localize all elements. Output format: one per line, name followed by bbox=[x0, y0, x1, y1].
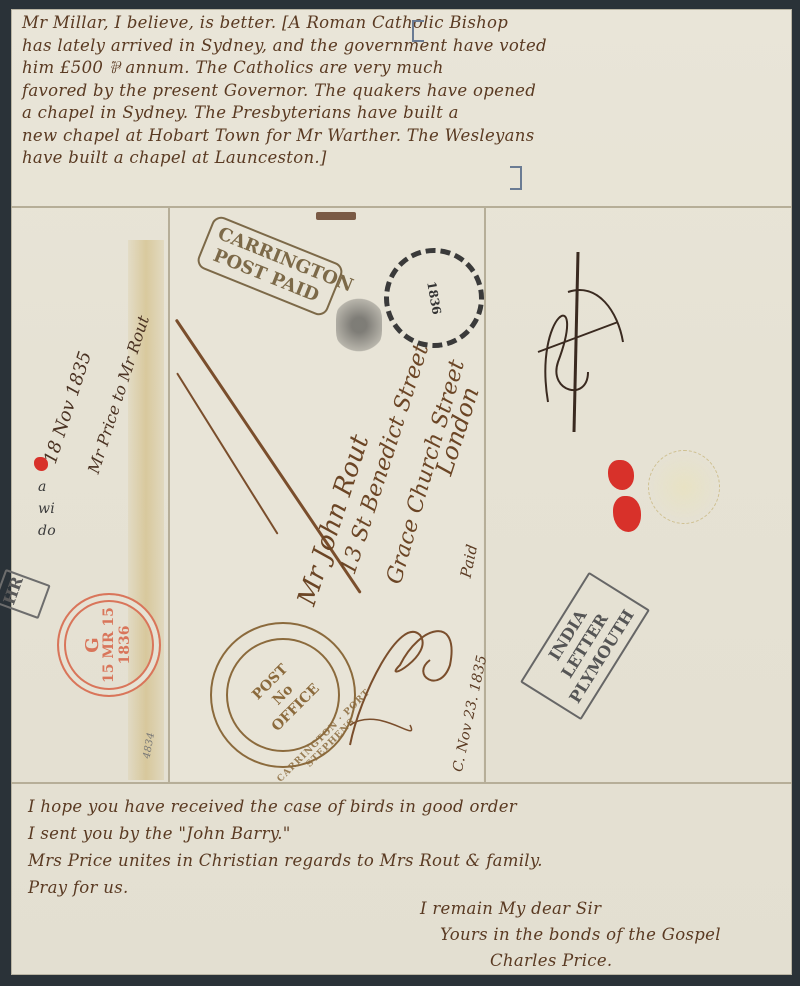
letter-top-text: Mr Millar, I believe, is better. [A Roma… bbox=[22, 12, 547, 170]
text-line: a bbox=[38, 476, 56, 498]
text-line: favored by the present Governor. The qua… bbox=[22, 80, 547, 103]
text-line: Mrs Price unites in Christian regards to… bbox=[28, 847, 543, 874]
red-wax-seal-bottom bbox=[613, 496, 641, 532]
text-line: I hope you have received the case of bir… bbox=[28, 793, 543, 820]
manuscript-flourish-icon bbox=[340, 605, 470, 755]
pencil-bracket-open bbox=[412, 20, 424, 42]
red-stamp-text: G 15 MR 15 1836 bbox=[85, 607, 133, 683]
text-line: wi bbox=[38, 498, 56, 520]
fold-line-right bbox=[484, 207, 486, 783]
stamp-year: 1836 bbox=[117, 607, 133, 683]
letter-bottom-text: I hope you have received the case of bir… bbox=[28, 793, 543, 901]
manuscript-rate-mark-icon bbox=[528, 252, 628, 442]
pencil-bracket-close bbox=[510, 166, 522, 190]
closing-line: I remain My dear Sir bbox=[420, 896, 721, 922]
crown-paid-stamp: PAID SHIP LETTER bbox=[336, 296, 382, 354]
letter-closing: I remain My dear Sir Yours in the bonds … bbox=[420, 896, 721, 974]
fragment-text: a wi do bbox=[38, 476, 56, 542]
closing-line: Yours in the bonds of the Gospel bbox=[420, 922, 721, 948]
red-wax-seal-top bbox=[608, 460, 634, 490]
stamp-letter: G bbox=[85, 607, 101, 683]
signature: Charles Price. bbox=[420, 948, 721, 974]
text-line: him £500 ⅌ annum. The Catholics are very… bbox=[22, 57, 547, 80]
stamp-date: 15 MR 15 bbox=[101, 607, 117, 683]
seal-fragment-left bbox=[34, 457, 48, 471]
fold-line-bottom bbox=[11, 782, 792, 784]
text-line: has lately arrived in Sydney, and the go… bbox=[22, 35, 547, 58]
text-line: I sent you by the "John Barry." bbox=[28, 820, 543, 847]
seal-impression bbox=[648, 450, 720, 524]
wax-remnant bbox=[316, 212, 356, 220]
text-line: have built a chapel at Launceston.] bbox=[22, 147, 547, 170]
text-line: Mr Millar, I believe, is better. [A Roma… bbox=[22, 12, 547, 35]
text-line: new chapel at Hobart Town for Mr Warther… bbox=[22, 125, 547, 148]
text-line: a chapel in Sydney. The Presbyterians ha… bbox=[22, 102, 547, 125]
stamp-year: 1836 bbox=[424, 280, 444, 315]
red-date-stamp: G 15 MR 15 1836 bbox=[57, 593, 161, 697]
text-line: do bbox=[38, 520, 56, 542]
